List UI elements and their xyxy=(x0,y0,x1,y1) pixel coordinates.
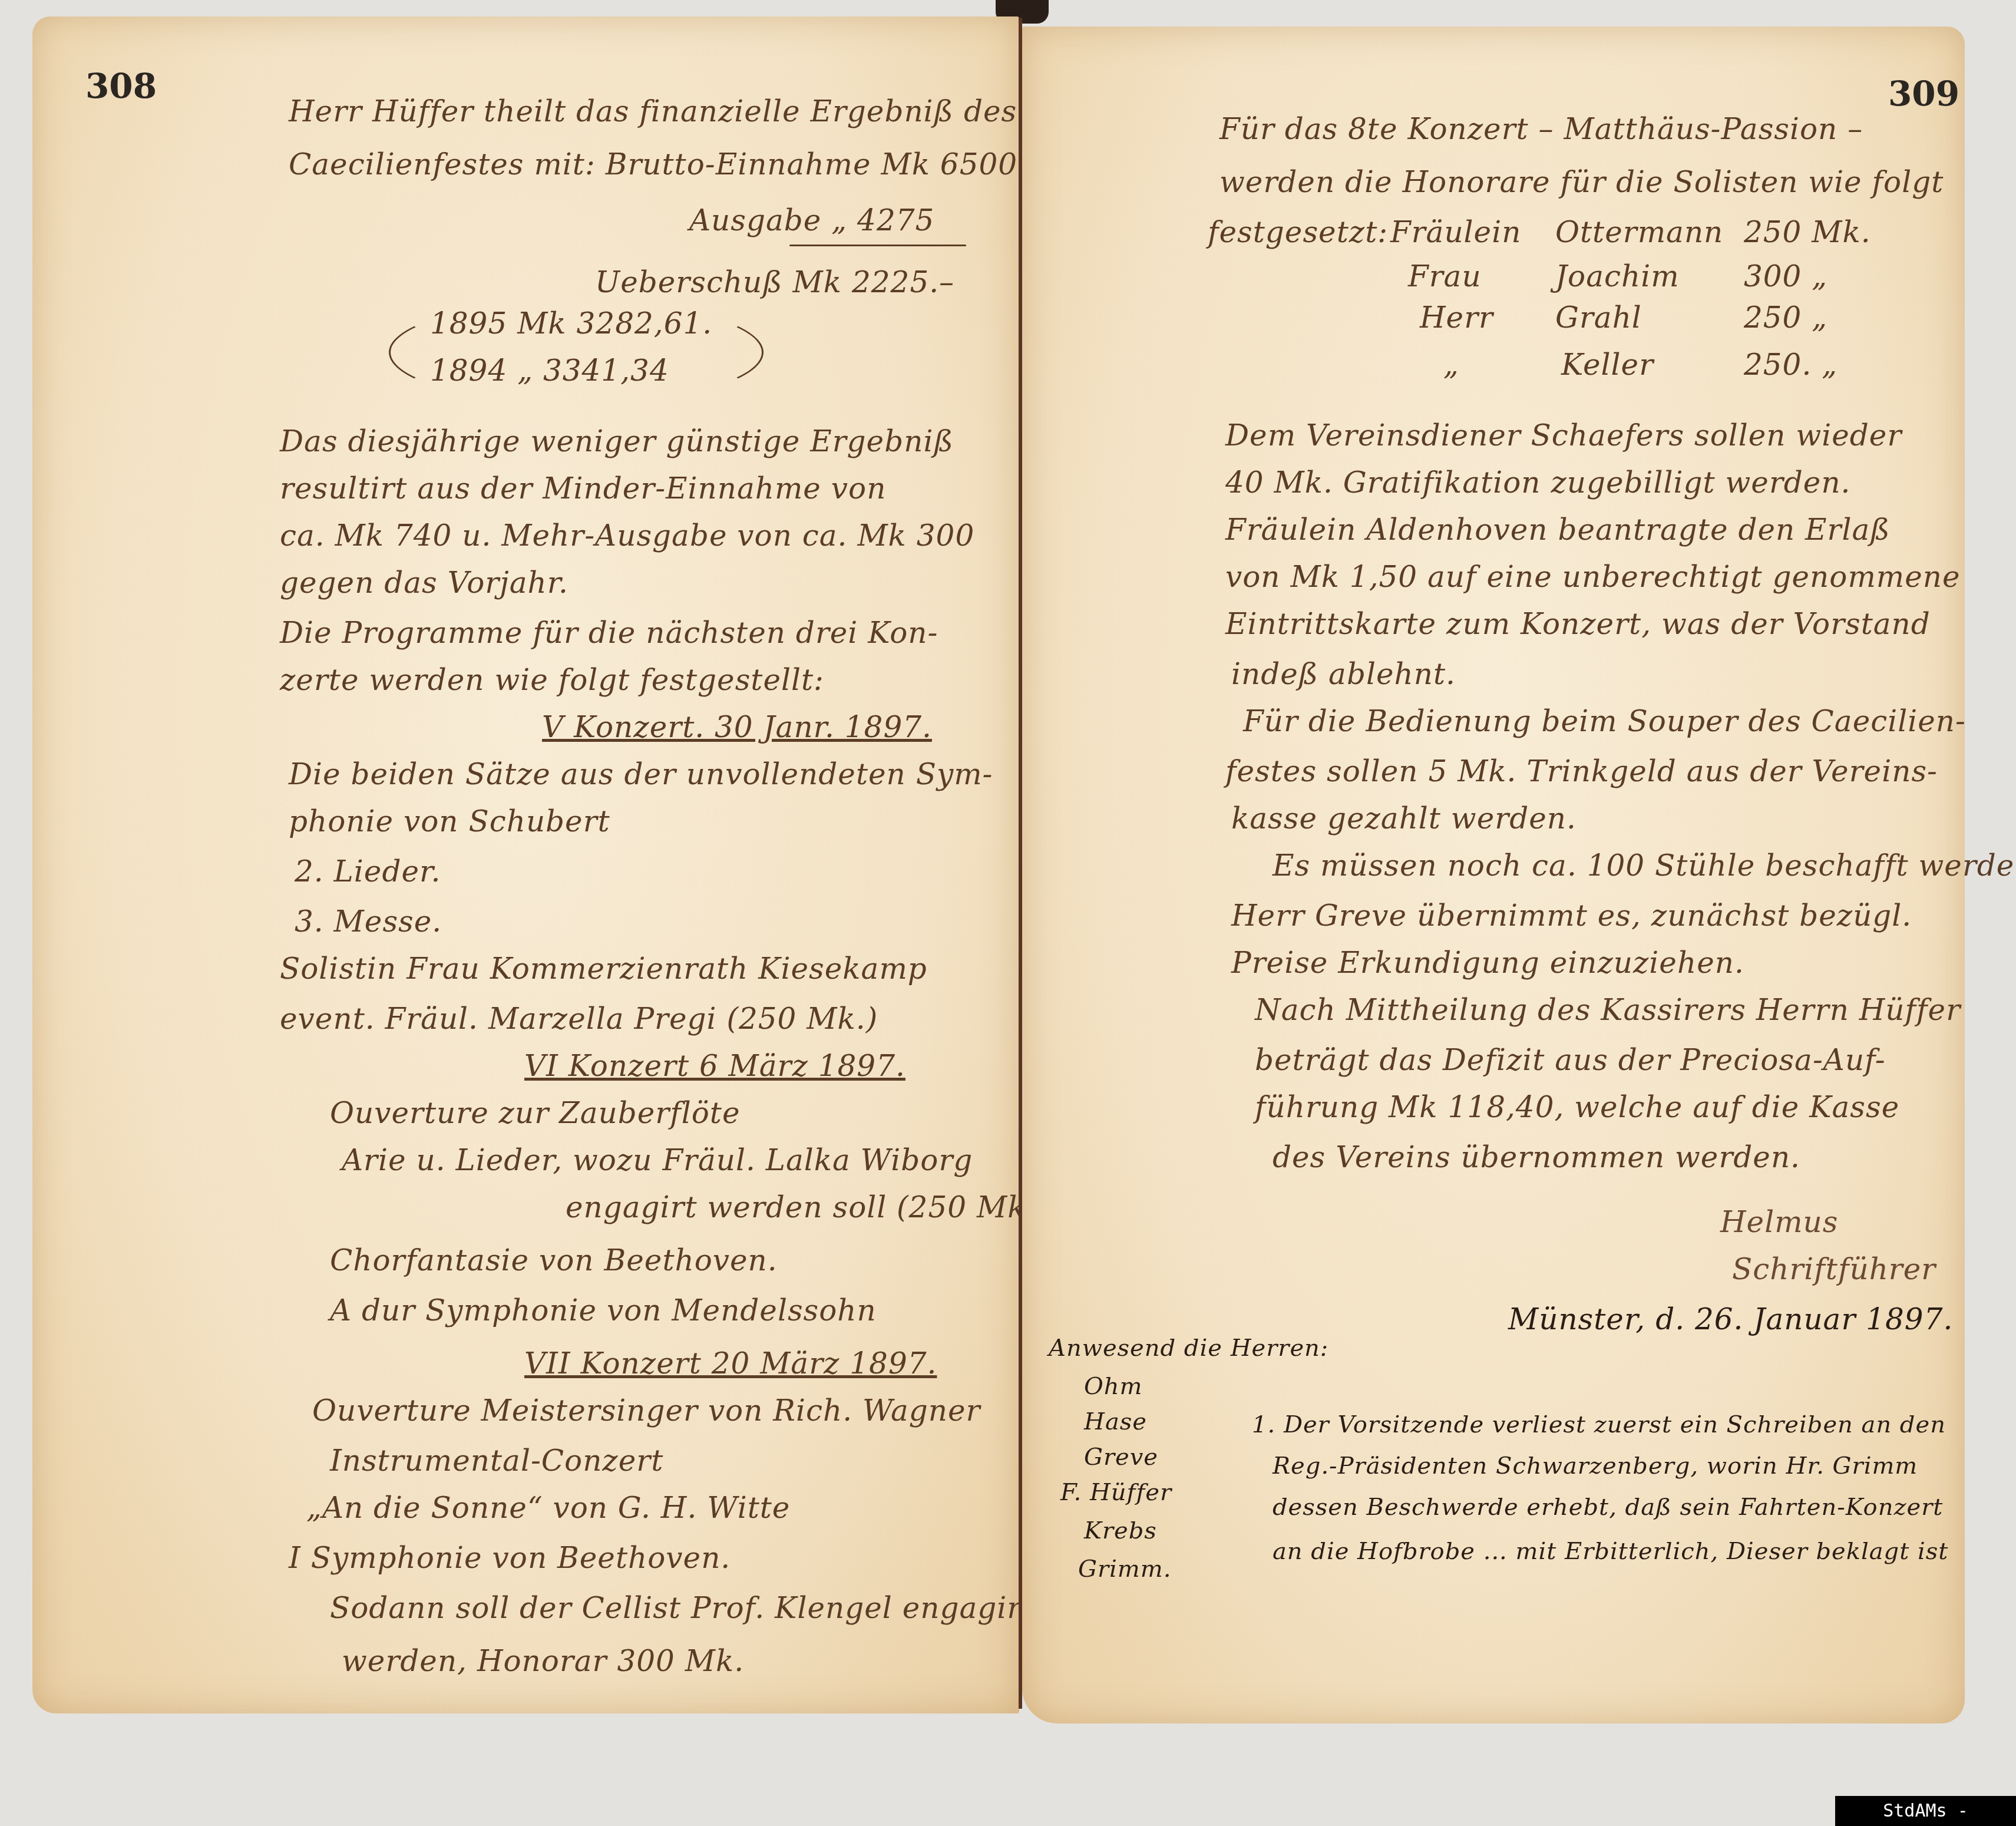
text-line: I Symphonie von Beethoven. xyxy=(289,1541,731,1575)
text-line: Das diesjährige weniger günstige Ergebni… xyxy=(280,424,954,458)
attendance-heading: Anwesend die Herren: xyxy=(1049,1335,1328,1362)
text-line: engagirt werden soll (250 Mk.) xyxy=(566,1190,1048,1224)
text-line: zerte werden wie folgt festgestellt: xyxy=(280,663,824,697)
soloist-title: Herr xyxy=(1420,301,1493,335)
agenda-item-line: 1. Der Vorsitzende verliest zuerst ein S… xyxy=(1252,1411,1946,1438)
soloist-name: Ottermann xyxy=(1555,215,1723,249)
text-line: Die beiden Sätze aus der unvollendeten S… xyxy=(289,757,993,791)
attendee: Greve xyxy=(1084,1444,1158,1471)
text-line: Für die Bedienung beim Souper des Caecil… xyxy=(1243,704,1966,738)
concert-heading-vii: VII Konzert 20 März 1897. xyxy=(524,1346,937,1381)
concert-heading-vi: VI Konzert 6 März 1897. xyxy=(524,1049,905,1083)
signature-role: Schriftführer xyxy=(1732,1252,1936,1286)
agenda-item-line: an die Hofbrobe ... mit Erbitterlich, Di… xyxy=(1273,1538,1948,1565)
attendee: Krebs xyxy=(1084,1517,1157,1544)
agenda-item-line: Reg.-Präsidenten Schwarzenberg, worin Hr… xyxy=(1273,1452,1918,1480)
text-line: Nach Mittheilung des Kassirers Herrn Hüf… xyxy=(1255,993,1961,1027)
text-line: werden die Honorare für die Solisten wie… xyxy=(1219,165,1944,199)
attendee: Grimm. xyxy=(1078,1556,1171,1583)
text-line: phonie von Schubert xyxy=(289,804,610,838)
soloist-fee: 250 „ xyxy=(1744,301,1827,335)
text-line: resultirt aus der Minder-Einnahme von xyxy=(280,471,886,506)
concert-heading-v: V Konzert. 30 Janr. 1897. xyxy=(542,710,932,744)
text-line: Sodann soll der Cellist Prof. Klengel en… xyxy=(330,1591,1034,1625)
page-number-right: 309 xyxy=(1888,74,1959,114)
agenda-item-line: dessen Beschwerde erhebt, daß sein Fahrt… xyxy=(1273,1494,1943,1521)
text-line: 1895 Mk 3282,61. xyxy=(430,306,712,341)
text-line: Solistin Frau Kommerzienrath Kiesekamp xyxy=(280,952,927,986)
soloist-name: Keller xyxy=(1561,348,1654,382)
text-line: Fräulein Aldenhoven beantragte den Erlaß xyxy=(1225,513,1891,547)
soloist-title: „ xyxy=(1443,348,1459,382)
text-line: 2. Lieder. xyxy=(295,854,441,889)
text-line: von Mk 1,50 auf eine unberechtigt genomm… xyxy=(1225,560,1961,594)
text-line: Ouverture zur Zauberflöte xyxy=(330,1096,740,1130)
text-line: Ueberschuß Mk 2225.– xyxy=(595,265,954,299)
text-line: 3. Messe. xyxy=(295,904,442,939)
sum-rule xyxy=(789,245,966,246)
entry-place-date: Münster, d. 26. Januar 1897. xyxy=(1508,1302,1953,1336)
text-line: Chorfantasie von Beethoven. xyxy=(330,1243,778,1277)
soloist-name: Grahl xyxy=(1555,301,1642,335)
soloist-fee: 250. „ xyxy=(1744,348,1837,382)
attendee: Hase xyxy=(1084,1408,1147,1435)
text-line: beträgt das Defizit aus der Preciosa-Auf… xyxy=(1255,1043,1886,1077)
text-line: indeß ablehnt. xyxy=(1231,657,1456,691)
text-line: 40 Mk. Gratifikation zugebilligt werden. xyxy=(1225,465,1851,500)
archive-reference-label: StdAMs - MV_004_490 xyxy=(1835,1796,2016,1826)
text-line: Für das 8te Konzert – Matthäus-Passion – xyxy=(1219,112,1863,146)
page-number-left: 308 xyxy=(85,66,157,106)
soloist-title: Frau xyxy=(1408,259,1482,293)
signature-name: Helmus xyxy=(1720,1205,1838,1239)
text-line: event. Fräul. Marzella Pregi (250 Mk.) xyxy=(280,1002,878,1036)
text-line: Dem Vereinsdiener Schaefers sollen wiede… xyxy=(1225,418,1902,453)
soloist-fee: 300 „ xyxy=(1744,259,1827,293)
text-line: kasse gezahlt werden. xyxy=(1231,801,1577,836)
text-line: Es müssen noch ca. 100 Stühle beschafft … xyxy=(1273,848,2016,883)
text-line: Herr Greve übernimmt es, zunächst bezügl… xyxy=(1231,899,1912,933)
text-line: Ouverture Meistersinger von Rich. Wagner xyxy=(312,1394,981,1428)
text-line: ca. Mk 740 u. Mehr-Ausgabe von ca. Mk 30… xyxy=(280,519,974,553)
text-line: Instrumental-Conzert xyxy=(330,1444,663,1478)
text-line: gegen das Vorjahr. xyxy=(280,566,569,600)
text-line: A dur Symphonie von Mendelssohn xyxy=(330,1293,877,1328)
soloist-name: Joachim xyxy=(1555,259,1680,293)
text-line: Caecilienfestes mit: Brutto-Einnahme Mk … xyxy=(289,147,1027,181)
text-line: werden, Honorar 300 Mk. xyxy=(342,1644,744,1678)
soloist-title: Fräulein xyxy=(1390,215,1521,249)
text-line: festes sollen 5 Mk. Trinkgeld aus der Ve… xyxy=(1225,754,1938,788)
text-line: Ausgabe „ 4275 xyxy=(689,203,934,237)
soloist-fee: 250 Mk. xyxy=(1744,215,1871,249)
text-line: des Vereins übernommen werden. xyxy=(1273,1140,1800,1174)
text-line: Arie u. Lieder, wozu Fräul. Lalka Wiborg xyxy=(342,1143,973,1177)
text-line: Die Programme für die nächsten drei Kon- xyxy=(280,616,938,650)
text-line: Eintrittskarte zum Konzert, was der Vors… xyxy=(1225,607,1931,641)
text-line: Herr Hüffer theilt das finanzielle Ergeb… xyxy=(289,94,1017,128)
attendee: Ohm xyxy=(1084,1373,1142,1400)
text-line: festgesetzt: xyxy=(1208,215,1388,249)
text-line: Preise Erkundigung einzuziehen. xyxy=(1231,946,1744,980)
text-line: „An die Sonne“ von G. H. Witte xyxy=(306,1491,790,1525)
text-line: führung Mk 118,40, welche auf die Kasse xyxy=(1255,1090,1899,1124)
text-line: 1894 „ 3341,34 xyxy=(430,354,669,388)
attendee: F. Hüffer xyxy=(1060,1479,1172,1506)
